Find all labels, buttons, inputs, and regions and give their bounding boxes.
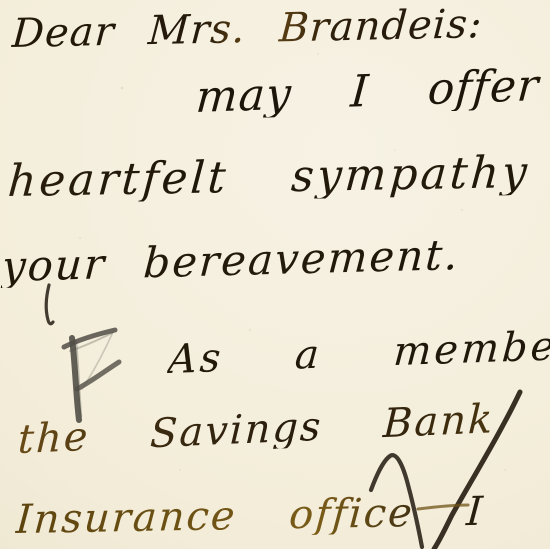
letter-line-4: your bereavement. [1, 234, 461, 288]
letter-page: Dear Mrs. Brandeis: may I offer m heartf… [0, 0, 550, 549]
letter-line-salutation: Dear Mrs. Brandeis: [11, 4, 484, 54]
letter-line-3: heartfelt sympathy i [6, 149, 550, 204]
letter-line-2: may I offer m [194, 60, 550, 120]
ink-fragment-stroke [46, 285, 53, 324]
pencil-letter-f [64, 330, 119, 420]
letter-line-7: Insurance office I [15, 492, 486, 540]
letter-line-6: the Savings Bank L [17, 395, 550, 460]
letter-line-5: As a member [167, 326, 550, 380]
